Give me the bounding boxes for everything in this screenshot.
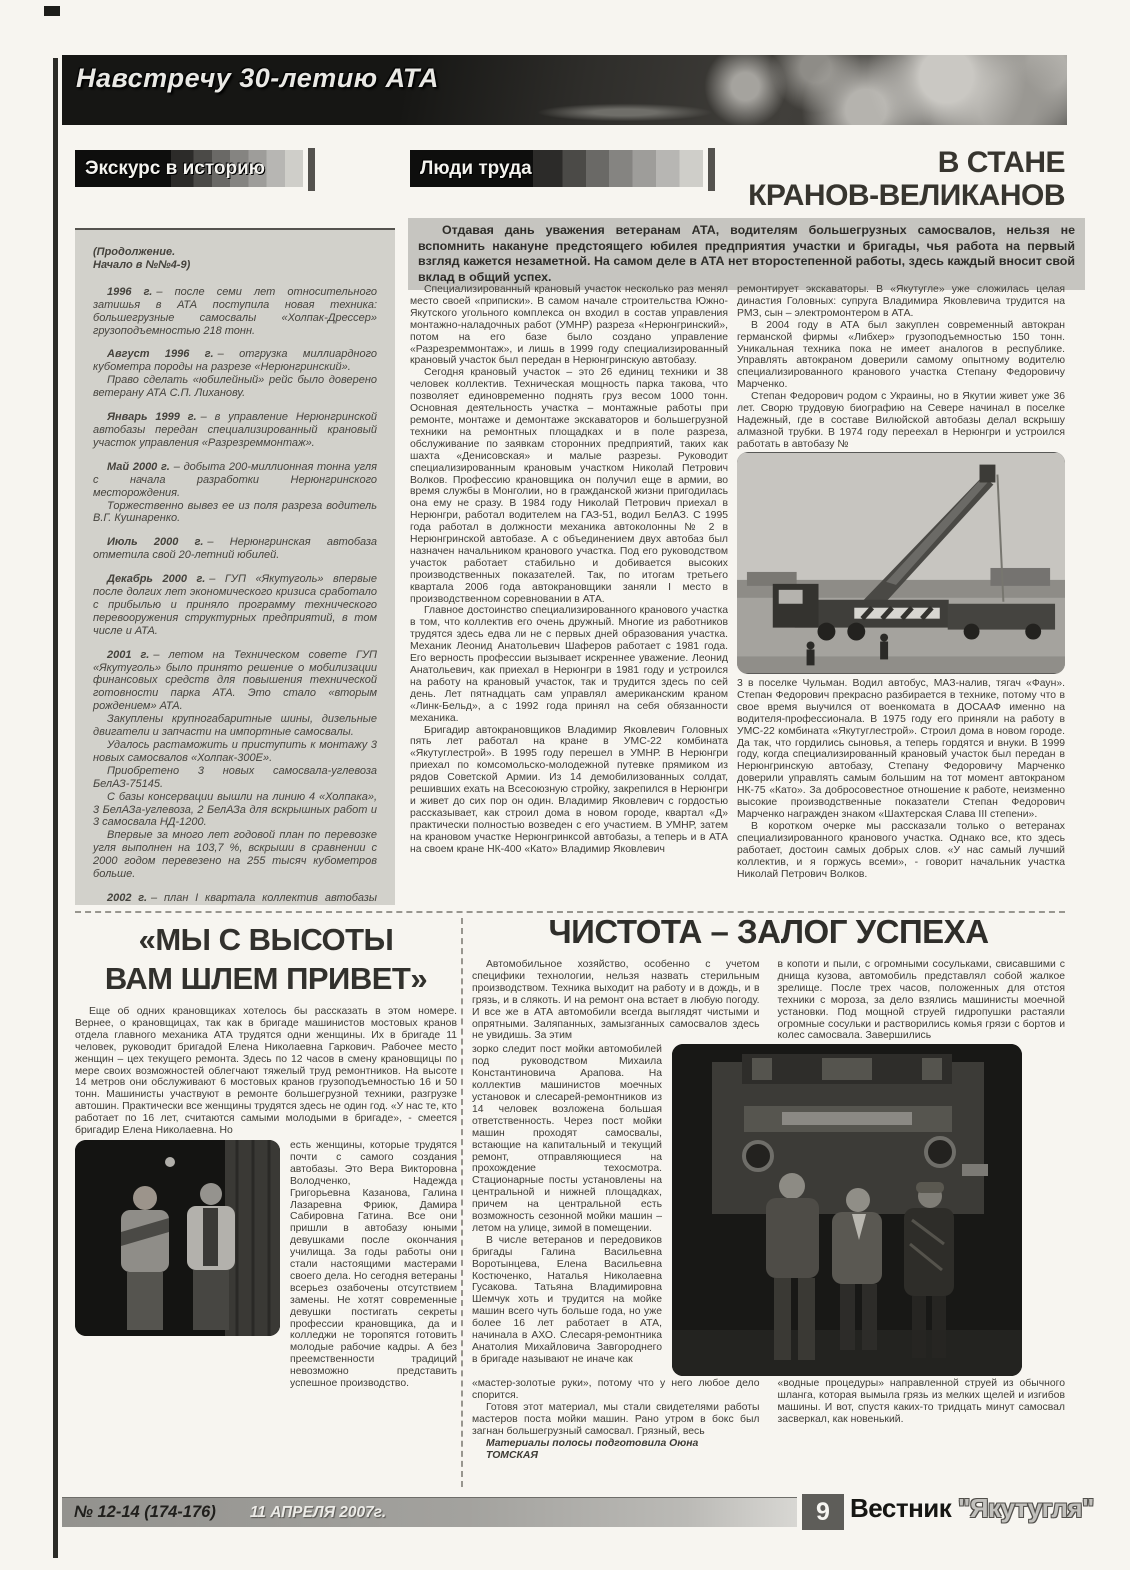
paragraph: есть женщины, которые трудятся почти с с… [290,1140,457,1390]
entry-year: Январь 1999 г. [107,411,197,423]
crane-article-column-right-top: ремонтирует экскаваторы. В «Якутугле» уж… [737,284,1065,451]
byline-line1: Материалы полосы подготовила Оюна [472,1438,1065,1450]
women-photo [75,1140,280,1336]
continuation-note-line2: Начало в №№4-9) [93,259,377,272]
entry-year: Май 2000 г. [107,461,170,473]
entry-year: 2002 г. [107,892,147,904]
women-article: «МЫ С ВЫСОТЫ ВАМ ШЛЕМ ПРИВЕТ» Еще об одн… [75,920,457,1486]
entry-text: Удалось растаможить и приступить к монта… [93,739,377,765]
history-entry: Июль 2000 г.– Нерюнгринская автобаза отм… [93,536,377,562]
crane-title-line2: КРАНОВ-ВЕЛИКАНОВ [700,179,1065,212]
paragraph: Бригадир автокрановщиков Владимир Яковле… [410,725,728,856]
continuation-note: (Продолжение. Начало в №№4-9) [93,246,377,272]
wash-bottom-row: «мастер-золотые руки», потому что у него… [472,1378,1065,1438]
byline: Материалы полосы подготовила Оюна ТОМСКА… [472,1438,1065,1462]
section-label-history: Экскурс в историю [75,150,303,187]
paragraph: «мастер-золотые руки», потому что у него… [472,1378,760,1402]
banner-photo: Навстречу 30-летию АТА [62,55,1067,125]
entry-year: 1996 г. [107,286,152,298]
wash-top-row: Автомобильное хозяйство, особенно с учет… [472,959,1065,1042]
paragraph: в копоти и пыли, с огромными сосульками,… [778,959,1066,1042]
history-entry: Декабрь 2000 г.– ГУП «Якутуголь» впервые… [93,573,377,638]
paragraph: «водные процедуры» направленной струей и… [778,1378,1066,1438]
history-panel: (Продолжение. Начало в №№4-9) 1996 г.– п… [75,228,395,905]
women-photo-illustration [75,1140,280,1336]
paragraph: зорко следит пост мойки автомобилей под … [472,1044,662,1235]
history-entry: 2001 г.– летом на Техническом совете ГУП… [93,649,377,881]
paragraph: Сегодня крановый участок – это 26 единиц… [410,367,728,605]
entry-year: Июль 2000 г. [107,536,203,548]
wash-photo [672,1044,1022,1376]
crane-article-column-left: Специализированный крановый участок неск… [410,284,728,910]
history-entry: 1996 г.– после семи лет относительного з… [93,286,377,338]
entry-year: Декабрь 2000 г. [107,573,205,585]
wash-photo-illustration [672,1044,1022,1376]
page-number: 9 [802,1494,844,1530]
masthead: Вестник "Якутугля" [850,1493,1068,1524]
newspaper-page: Навстречу 30-летию АТА Экскурс в историю… [0,0,1130,1570]
entry-text: Закуплены крупногабаритные шины, дизельн… [93,713,377,739]
entry-text: Приобретено 3 новых самосвала-углевоза Б… [93,765,377,791]
banner-title: Навстречу 30-летию АТА [76,63,439,94]
history-entry: Май 2000 г.– добыта 200-миллионная тонна… [93,461,377,526]
crane-article-intro: Отдавая дань уважения ветеранам АТА, вод… [408,218,1085,290]
paragraph: В коротком очерке мы рассказали только о… [737,821,1065,881]
women-photo-row: есть женщины, которые трудятся почти с с… [75,1140,457,1390]
byline-line2: ТОМСКАЯ [472,1450,1065,1462]
crane-article-title: В СТАНЕ КРАНОВ-ВЕЛИКАНОВ [700,146,1065,212]
crane-photo [737,452,1065,674]
history-entry: Август 1996 г.– отгрузка миллиардного ку… [93,348,377,400]
women-title-line2: ВАМ ШЛЕМ ПРИВЕТ» [75,959,457,998]
continuation-note-line1: (Продолжение. [93,246,377,259]
masthead-name: Вестник [850,1493,951,1523]
wash-middle-row: зорко следит пост мойки автомобилей под … [472,1044,1065,1376]
paragraph: Главное достоинство специализированного … [410,605,728,724]
paragraph: ремонтирует экскаваторы. В «Якутугле» уж… [737,284,1065,320]
masthead-quoted-name: "Якутугля" [958,1493,1094,1523]
wash-article-title: ЧИСТОТА – ЗАЛОГ УСПЕХА [472,912,1065,952]
women-article-wrap-column: есть женщины, которые трудятся почти с с… [290,1140,457,1390]
issue-date: 11 АПРЕЛЯ 2007г. [250,1504,386,1522]
wash-article: ЧИСТОТА – ЗАЛОГ УСПЕХА Автомобильное хоз… [472,912,1065,1490]
history-entry: 2002 г.– план I квартала коллектив автоб… [93,892,377,905]
paragraph: 3 в поселке Чульман. Водил автобус, МАЗ-… [737,678,1065,821]
scan-corner-mark [44,6,60,16]
crane-title-line1: В СТАНЕ [700,146,1065,179]
women-article-title: «МЫ С ВЫСОТЫ ВАМ ШЛЕМ ПРИВЕТ» [75,920,457,998]
crane-photo-illustration [737,452,1065,674]
paragraph: Автомобильное хозяйство, особенно с учет… [472,959,760,1042]
entry-year: Август 1996 г. [107,348,214,360]
issue-number: № 12-14 (174-176) [74,1503,216,1522]
paragraph: В 2004 году в АТА был закуплен современн… [737,320,1065,391]
entry-text: С базы консервации вышли на линию 4 «Хол… [93,791,377,830]
wash-bottom-left-cell: «мастер-золотые руки», потому что у него… [472,1378,760,1438]
history-entry: Январь 1999 г.– в управление Нерюнгринск… [93,411,377,450]
entry-text: Право сделать «юбилейный» рейс было дове… [93,374,377,400]
footer-bar: № 12-14 (174-176) 11 АПРЕЛЯ 2007г. [62,1497,797,1527]
section-bar-history [308,148,315,191]
paragraph: Специализированный крановый участок неск… [410,284,728,367]
paragraph: Еще об одних крановщиках хотелось бы рас… [75,1006,457,1137]
section-label-people: Люди труда [410,150,703,187]
entry-year: 2001 г. [107,649,149,661]
vertical-divider [461,918,463,1487]
entry-text: Торжественно вывез ее из поля разреза во… [93,500,377,526]
section-label-people-text: Люди труда [410,150,703,187]
crane-article-column-right-bottom: 3 в поселке Чульман. Водил автобус, МАЗ-… [737,678,1065,910]
scan-edge-artifact [53,58,58,1558]
women-title-line1: «МЫ С ВЫСОТЫ [75,920,457,959]
paragraph: Готовя этот материал, мы стали свидетеля… [472,1402,760,1438]
paragraph: В числе ветеранов и передовиков бригады … [472,1235,662,1366]
entry-text: Впервые за много лет годовой план по пер… [93,829,377,881]
paragraph: Степан Федорович родом с Украины, но в Я… [737,391,1065,451]
section-label-history-text: Экскурс в историю [75,150,303,187]
wash-narrow-column: зорко следит пост мойки автомобилей под … [472,1044,662,1365]
